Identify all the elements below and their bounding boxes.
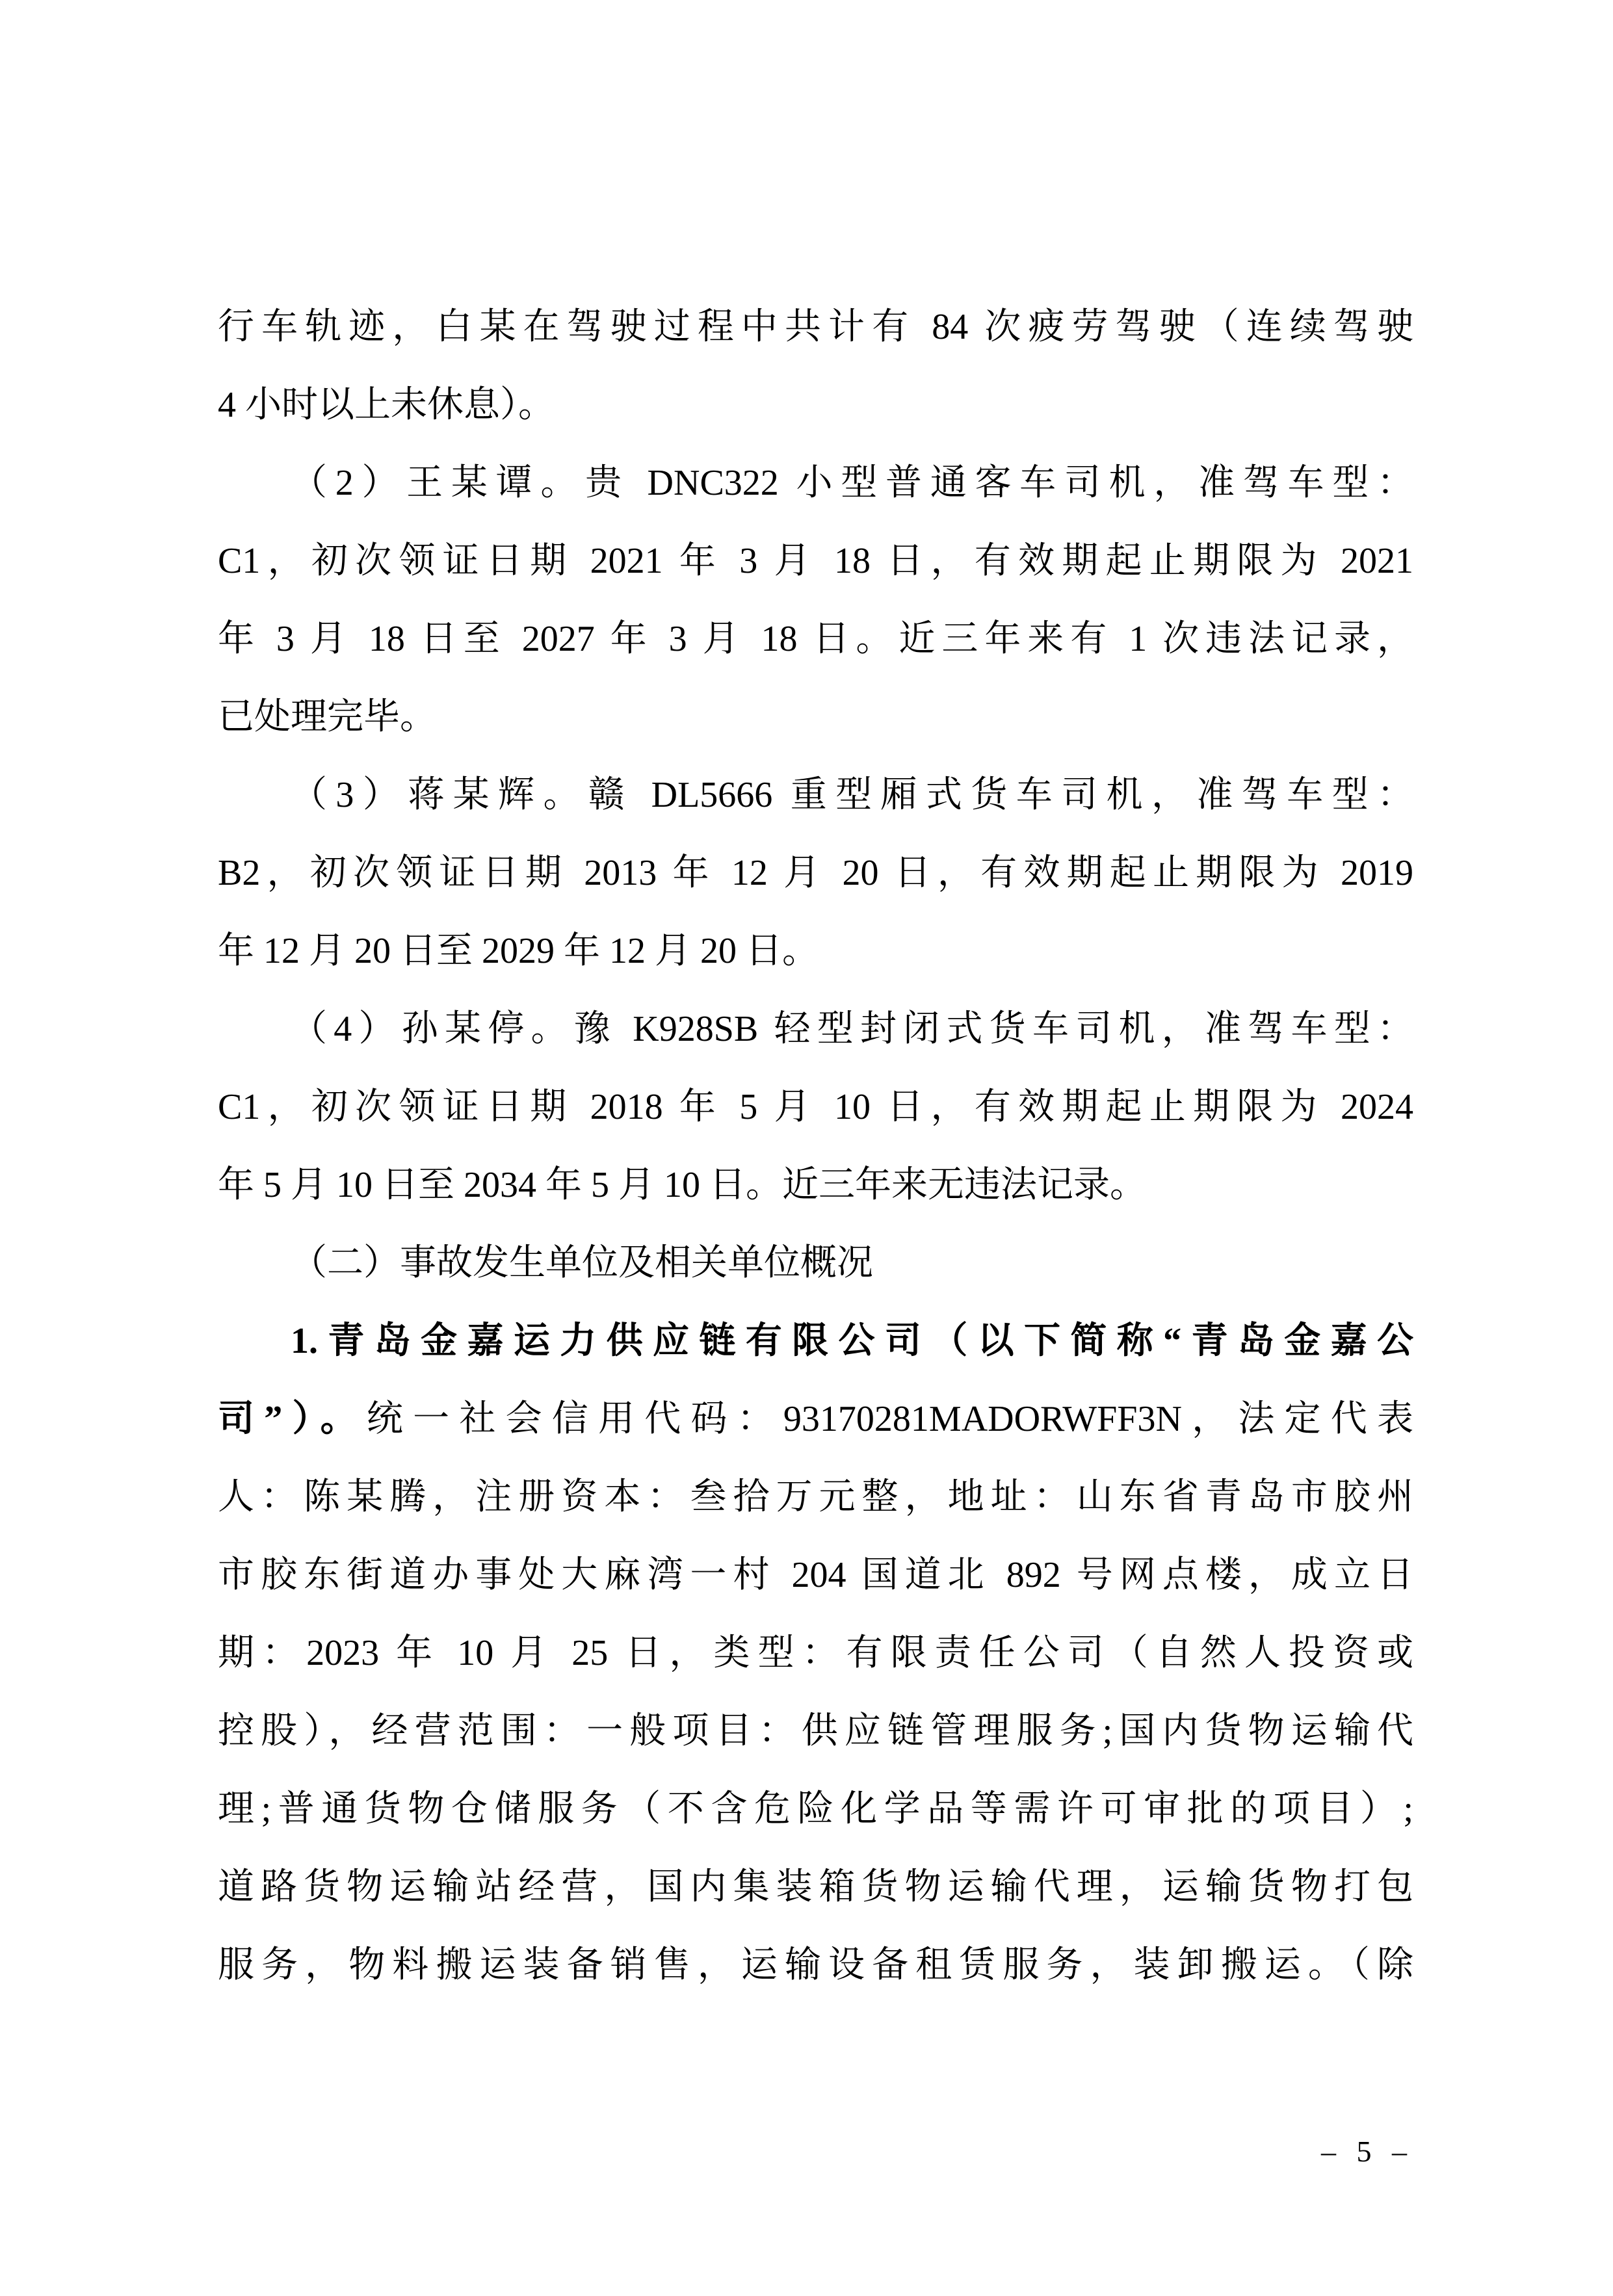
text-segment: 1.青岛金嘉运力供应链有限公司（以下简称“青岛金嘉公 <box>291 1321 1413 1361</box>
text-segment: （4）孙某停。豫 K928SB 轻型封闭式货车司机，准驾车型： <box>291 1009 1413 1049</box>
text-line: 1.青岛金嘉运力供应链有限公司（以下简称“青岛金嘉公 <box>218 1302 1413 1380</box>
page-number: – 5 – <box>1321 2133 1413 2170</box>
text-line: 理;普通货物仓储服务（不含危险化学品等需许可审批的项目）; <box>218 1770 1413 1848</box>
text-segment: C1，初次领证日期 2021 年 3 月 18 日，有效期起止期限为 2021 <box>218 541 1413 581</box>
text-segment: 道路货物运输站经营，国内集装箱货物运输代理，运输货物打包 <box>218 1867 1413 1907</box>
text-segment: 已处理完毕。 <box>218 697 436 737</box>
text-line: 行车轨迹，白某在驾驶过程中共计有 84 次疲劳驾驶（连续驾驶 <box>218 288 1413 366</box>
text-line: 已处理完毕。 <box>218 678 1413 756</box>
text-segment: （3）蒋某辉。赣 DL5666 重型厢式货车司机，准驾车型： <box>291 775 1413 815</box>
text-segment: 理;普通货物仓储服务（不含危险化学品等需许可审批的项目）; <box>218 1789 1413 1829</box>
text-line: 年 5 月 10 日至 2034 年 5 月 10 日。近三年来无违法记录。 <box>218 1146 1413 1224</box>
text-segment: 4 小时以上未休息）。 <box>218 385 555 425</box>
text-segment: （二）事故发生单位及相关单位概况 <box>291 1243 873 1283</box>
document-body: 行车轨迹，白某在驾驶过程中共计有 84 次疲劳驾驶（连续驾驶4 小时以上未休息）… <box>218 288 1413 2004</box>
text-segment: （2）王某谭。贵 DNC322 小型普通客车司机，准驾车型： <box>291 463 1413 503</box>
text-line: 道路货物运输站经营，国内集装箱货物运输代理，运输货物打包 <box>218 1848 1413 1926</box>
text-segment: C1，初次领证日期 2018 年 5 月 10 日，有效期起止期限为 2024 <box>218 1087 1413 1127</box>
text-line: 市胶东街道办事处大麻湾一村 204 国道北 892 号网点楼，成立日 <box>218 1536 1413 1614</box>
text-segment: 行车轨迹，白某在驾驶过程中共计有 84 次疲劳驾驶（连续驾驶 <box>218 307 1413 347</box>
text-segment: 服务，物料搬运装备销售，运输设备租赁服务，装卸搬运。（除 <box>218 1945 1413 1985</box>
text-segment: 控股），经营范围：一般项目：供应链管理服务;国内货物运输代 <box>218 1711 1413 1751</box>
text-line: （二）事故发生单位及相关单位概况 <box>218 1224 1413 1302</box>
text-line: （4）孙某停。豫 K928SB 轻型封闭式货车司机，准驾车型： <box>218 990 1413 1068</box>
text-segment: 人：陈某腾，注册资本：叁拾万元整，地址：山东省青岛市胶州 <box>218 1477 1413 1517</box>
text-line: 服务，物料搬运装备销售，运输设备租赁服务，装卸搬运。（除 <box>218 1926 1413 2004</box>
text-line: 年 12 月 20 日至 2029 年 12 月 20 日。 <box>218 912 1413 990</box>
text-line: 年 3 月 18 日至 2027 年 3 月 18 日。近三年来有 1 次违法记… <box>218 600 1413 678</box>
text-segment: 年 12 月 20 日至 2029 年 12 月 20 日。 <box>218 931 819 971</box>
text-line: C1，初次领证日期 2021 年 3 月 18 日，有效期起止期限为 2021 <box>218 522 1413 600</box>
text-line: 司”）。统一社会信用代码：93170281MADORWFF3N，法定代表 <box>218 1380 1413 1458</box>
text-line: B2，初次领证日期 2013 年 12 月 20 日，有效期起止期限为 2019 <box>218 834 1413 912</box>
text-segment: 期：2023 年 10 月 25 日，类型：有限责任公司（自然人投资或 <box>218 1633 1413 1673</box>
text-segment: B2，初次领证日期 2013 年 12 月 20 日，有效期起止期限为 2019 <box>218 853 1413 893</box>
text-line: 控股），经营范围：一般项目：供应链管理服务;国内货物运输代 <box>218 1692 1413 1770</box>
text-segment: 年 5 月 10 日至 2034 年 5 月 10 日。近三年来无违法记录。 <box>218 1165 1146 1205</box>
text-segment: 年 3 月 18 日至 2027 年 3 月 18 日。近三年来有 1 次违法记… <box>218 619 1413 659</box>
text-line: （3）蒋某辉。赣 DL5666 重型厢式货车司机，准驾车型： <box>218 756 1413 834</box>
text-segment: 司”）。 <box>218 1399 367 1439</box>
text-line: 4 小时以上未休息）。 <box>218 366 1413 444</box>
text-segment: 市胶东街道办事处大麻湾一村 204 国道北 892 号网点楼，成立日 <box>218 1555 1413 1595</box>
document-page: 行车轨迹，白某在驾驶过程中共计有 84 次疲劳驾驶（连续驾驶4 小时以上未休息）… <box>0 0 1613 2296</box>
text-line: （2）王某谭。贵 DNC322 小型普通客车司机，准驾车型： <box>218 444 1413 522</box>
text-line: 人：陈某腾，注册资本：叁拾万元整，地址：山东省青岛市胶州 <box>218 1458 1413 1536</box>
text-line: 期：2023 年 10 月 25 日，类型：有限责任公司（自然人投资或 <box>218 1614 1413 1692</box>
text-segment: 统一社会信用代码：93170281MADORWFF3N，法定代表 <box>367 1399 1413 1439</box>
text-line: C1，初次领证日期 2018 年 5 月 10 日，有效期起止期限为 2024 <box>218 1068 1413 1146</box>
